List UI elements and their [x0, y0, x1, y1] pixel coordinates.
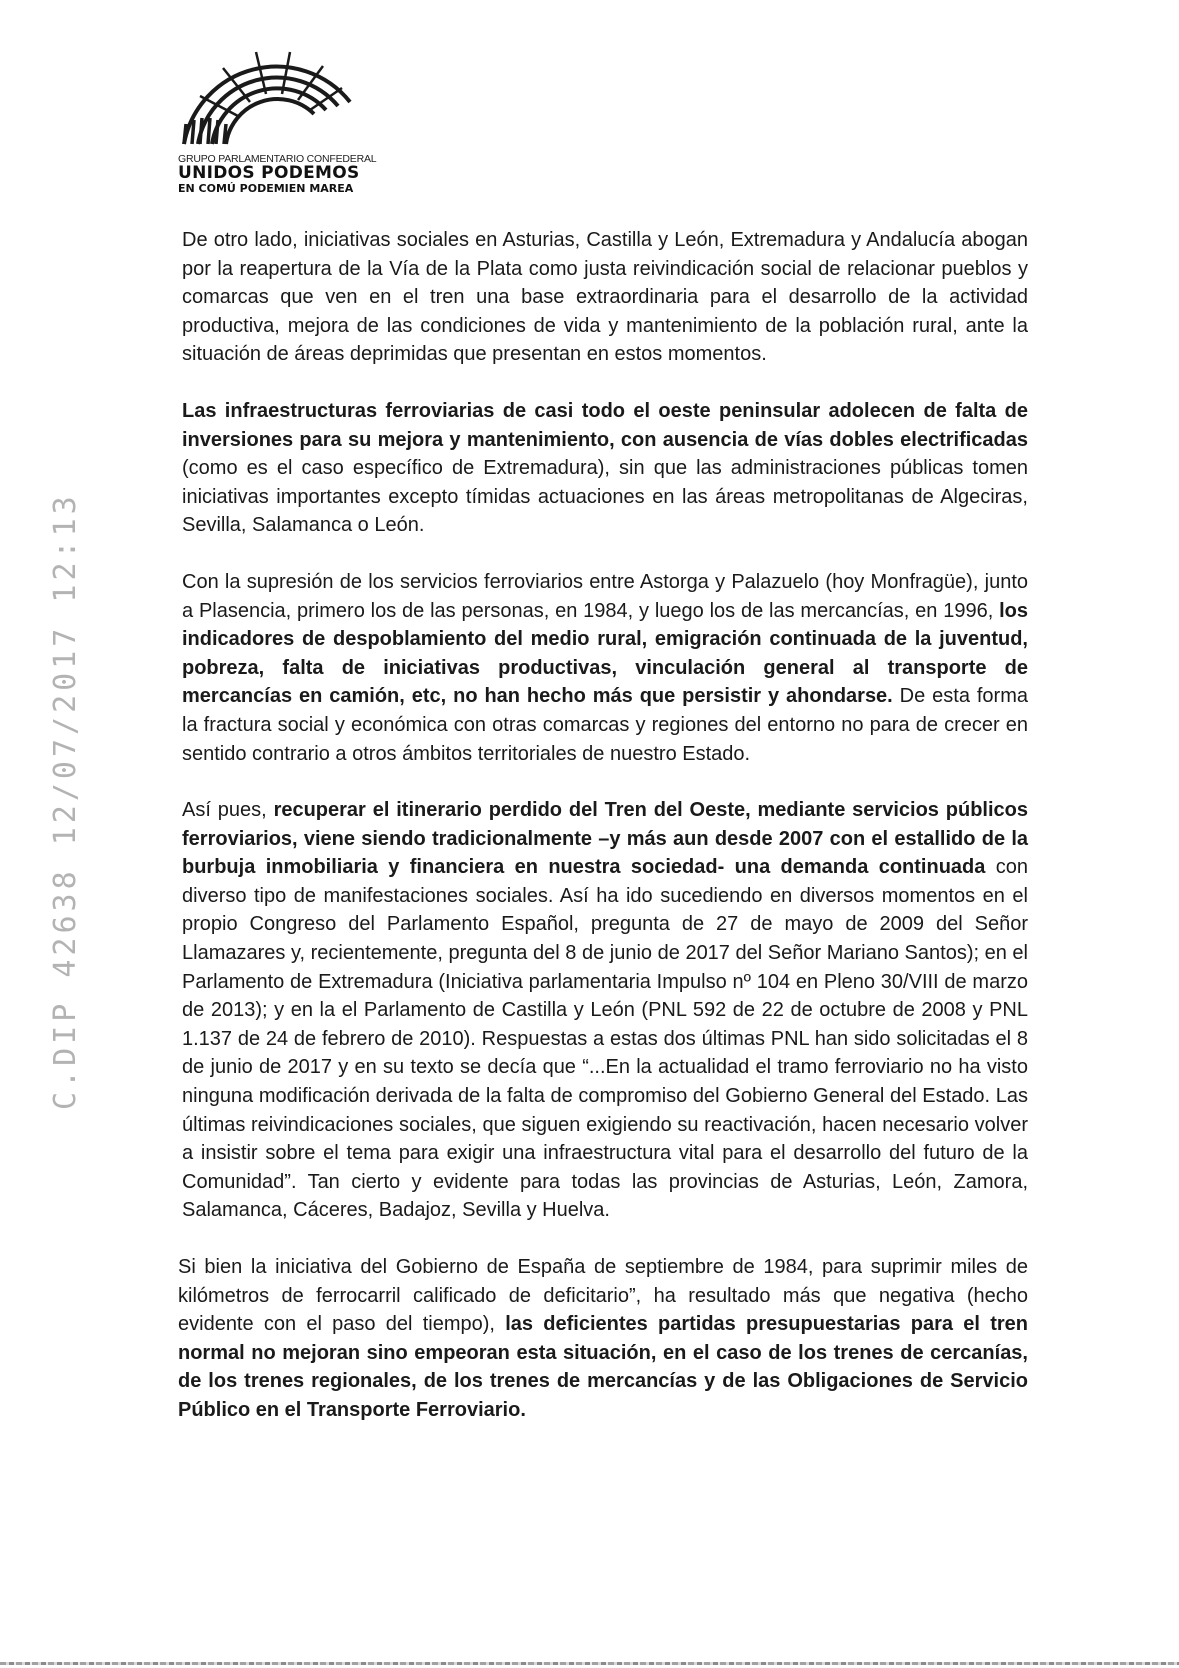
paragraph-bold-text: recuperar el itinerario perdido del Tren… [182, 799, 1028, 878]
paragraph-5: Si bien la iniciativa del Gobierno de Es… [178, 1253, 1028, 1425]
paragraph-text: (como es el caso específico de Extremadu… [182, 457, 1028, 536]
paragraph-bold-text: Las infraestructuras ferroviarias de cas… [182, 400, 1028, 451]
logo-party-name: UNIDOS PODEMOS [178, 165, 378, 182]
registry-stamp: C.DIP 42638 12/07/2017 12:13 [48, 492, 83, 1110]
paragraph-3: Con la supresión de los servicios ferrov… [182, 568, 1028, 768]
paragraph-1: De otro lado, iniciativas sociales en As… [182, 226, 1028, 369]
document-body: De otro lado, iniciativas sociales en As… [182, 226, 1028, 1453]
party-logo: GRUPO PARLAMENTARIO CONFEDERAL UNIDOS PO… [178, 40, 378, 195]
scan-edge-line [0, 1662, 1179, 1665]
paragraph-4: Así pues, recuperar el itinerario perdid… [182, 796, 1028, 1225]
paragraph-text: De otro lado, iniciativas sociales en As… [182, 229, 1028, 365]
parliament-hemicycle-icon [178, 40, 358, 152]
paragraph-text: Con la supresión de los servicios ferrov… [182, 571, 1028, 622]
paragraph-text: con diverso tipo de manifestaciones soci… [182, 856, 1028, 1221]
paragraph-2: Las infraestructuras ferroviarias de cas… [182, 397, 1028, 540]
paragraph-text: Así pues, [182, 799, 274, 821]
logo-coalition-name: EN COMÚ PODEMIEN MAREA [178, 182, 378, 195]
